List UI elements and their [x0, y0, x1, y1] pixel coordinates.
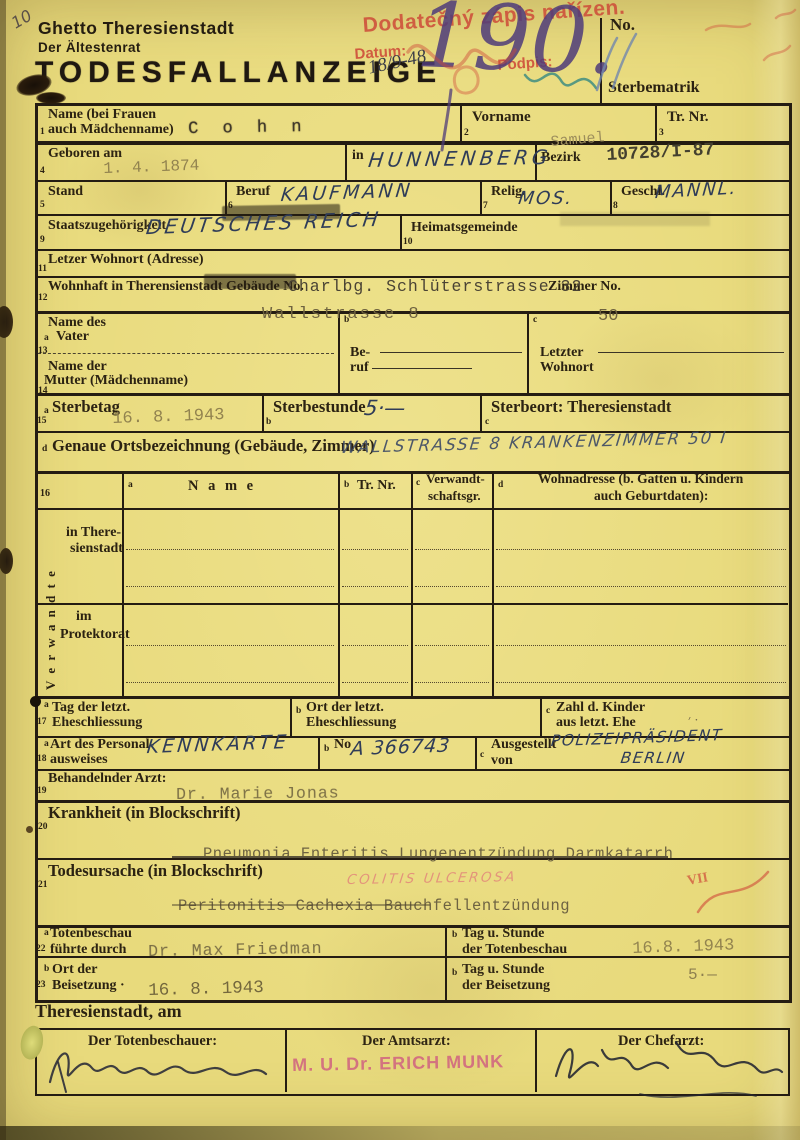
rule — [492, 471, 494, 696]
rule — [318, 736, 320, 769]
value-ausweis-no: A 366743 — [350, 735, 452, 761]
rule — [122, 471, 124, 696]
value-ort-beisetzung: 16. 8. 1943 — [148, 978, 264, 1001]
rule — [610, 180, 612, 214]
rule — [480, 180, 482, 214]
rule — [35, 471, 792, 474]
value-beruf: KAUFMANN — [280, 179, 414, 206]
amtsarzt-stamp: M. U. Dr. ERICH MUNK — [292, 1051, 504, 1076]
corner-mark: 10 — [8, 6, 35, 33]
rule — [35, 925, 792, 928]
value-relig: MOS. — [517, 188, 575, 209]
rule — [400, 214, 402, 249]
value-zimmer-typed: 50 — [598, 307, 618, 326]
case-number-handwritten: 190. — [414, 0, 618, 97]
rule — [475, 736, 477, 769]
rule — [285, 1028, 287, 1092]
value-sterbestunde: 5·— — [363, 396, 407, 420]
paper-speck — [26, 826, 33, 833]
rule — [480, 393, 482, 431]
value-krankheit: Pneumonia Enteritis Lungenentzündung Dar… — [203, 845, 673, 863]
value-geschl: MANNL. — [654, 178, 738, 203]
rule — [35, 249, 792, 251]
strike-line — [172, 856, 668, 858]
rule — [290, 696, 292, 736]
rule — [411, 471, 413, 696]
rule — [35, 800, 792, 803]
value-tag-beisetzung: 5·— — [688, 966, 717, 984]
rule — [38, 603, 788, 605]
place-date-line: Theresienstadt, am — [35, 1002, 182, 1021]
value-geboren-am: 1. 4. 1874 — [103, 157, 200, 178]
ink-blot — [36, 92, 66, 104]
rule — [262, 393, 264, 431]
org-name-line1: Ghetto Theresienstadt — [38, 18, 234, 39]
value-tag-totenbeschau: 16.8. 1943 — [632, 936, 735, 959]
value-geburtsort: HUNNENBERG — [367, 145, 553, 172]
rule — [540, 696, 542, 736]
rule — [445, 925, 447, 1000]
rule — [35, 769, 792, 771]
rule — [338, 471, 340, 696]
paper-speck — [30, 696, 41, 707]
value-name: C o h n — [188, 118, 309, 139]
strike-line — [172, 904, 430, 906]
rule — [460, 103, 462, 141]
value-todesursache-red: COLITIS ULCEROSA — [346, 869, 518, 888]
overstruck-text-smudge — [204, 274, 296, 289]
rule — [527, 311, 529, 393]
value-strasse-typed: Wallstrasse 8 — [262, 305, 421, 324]
sterbematrik-label: Sterbematrik — [608, 80, 700, 97]
rule — [345, 141, 347, 180]
value-sterbetag: 16. 8. 1943 — [112, 406, 225, 429]
value-totenbeschauer: Dr. Max Friedman — [148, 939, 323, 961]
rule — [35, 696, 792, 699]
rule — [535, 1028, 537, 1092]
value-ausgestellt-2: BERLIN — [619, 749, 687, 767]
death-notice-document: 10 Ghetto Theresienstadt Der Ältestenrat… — [0, 0, 800, 1140]
value-todesursache: Peritonitis Cachexia Bauchfellentzündung — [178, 897, 570, 915]
bottom-edge-shadow — [0, 1126, 800, 1140]
value-behandelnder-arzt: Dr. Marie Jonas — [176, 784, 340, 804]
rule — [35, 508, 792, 510]
value-wohnhaft: Charlbg. Schlüterstrasse 32 — [288, 277, 582, 296]
rule — [655, 103, 657, 141]
org-name-line2: Der Ältestenrat — [38, 40, 141, 55]
left-edge-shadow — [0, 0, 6, 1140]
rule — [35, 393, 792, 396]
